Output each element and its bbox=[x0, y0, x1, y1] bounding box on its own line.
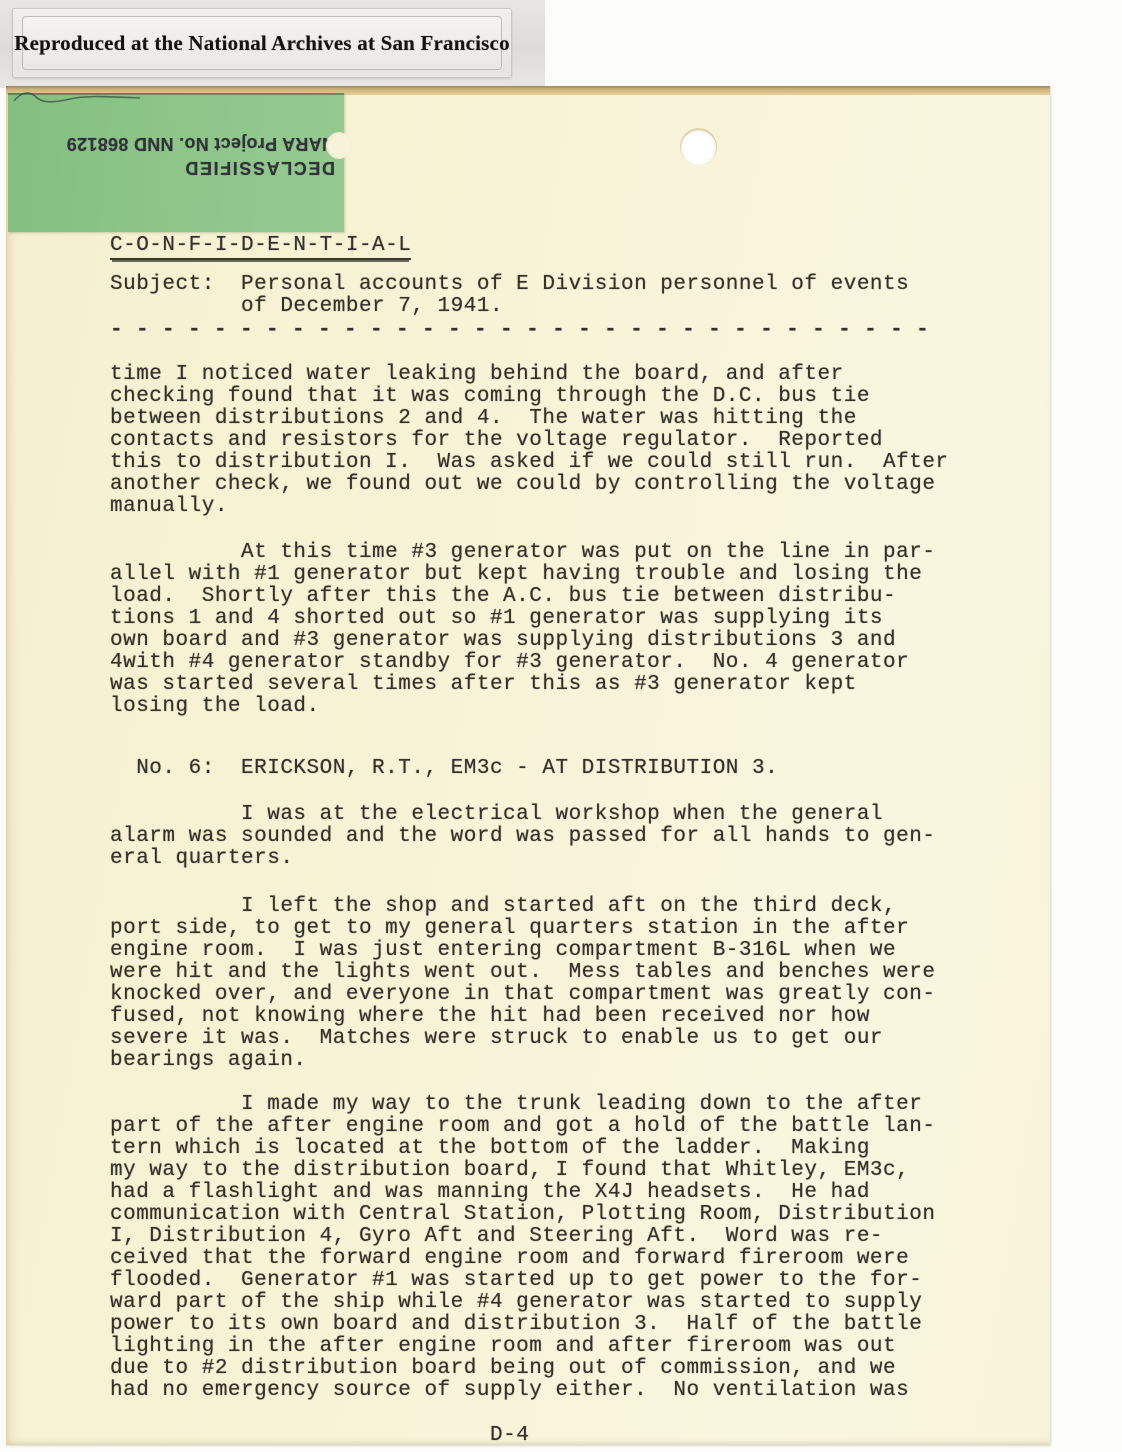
document-paper: DECLASSIFIED NARA Project No. NND 868129… bbox=[6, 86, 1050, 1445]
subject-line: Subject: Personal accounts of E Division… bbox=[110, 274, 909, 318]
paragraph-water-leak: time I noticed water leaking behind the … bbox=[110, 364, 949, 518]
declassified-stamp: DECLASSIFIED NARA Project No. NND 868129 bbox=[8, 93, 344, 232]
hole-punch bbox=[681, 130, 716, 165]
pen-squiggle-icon bbox=[12, 89, 142, 105]
reproduction-label-card: Reproduced at the National Archives at S… bbox=[12, 8, 512, 78]
dashed-separator: - - - - - - - - - - - - - - - - - - - - … bbox=[110, 320, 929, 342]
classification-header-row: C-O-N-F-I-D-E-N-T-I-A-L bbox=[110, 235, 411, 260]
scanned-page: Reproduced at the National Archives at S… bbox=[0, 0, 1122, 1452]
paragraph-compartment-b316l: I left the shop and started aft on the t… bbox=[110, 896, 935, 1072]
section-heading-no-6-erickson: No. 6: ERICKSON, R.T., EM3c - AT DISTRIB… bbox=[110, 758, 778, 780]
hole-punch-notch bbox=[326, 132, 352, 159]
stamp-text-block: DECLASSIFIED NARA Project No. NND 868129 bbox=[65, 132, 335, 180]
paragraph-general-alarm: I was at the electrical workshop when th… bbox=[110, 804, 935, 870]
paragraph-battle-lantern: I made my way to the trunk leading down … bbox=[110, 1094, 935, 1402]
reproduction-label-panel: Reproduced at the National Archives at S… bbox=[22, 16, 502, 70]
reproduction-label-text: Reproduced at the National Archives at S… bbox=[14, 31, 510, 56]
classification-header: C-O-N-F-I-D-E-N-T-I-A-L bbox=[110, 235, 411, 260]
paragraph-generator-3: At this time #3 generator was put on the… bbox=[110, 542, 935, 718]
page-number: D-4 bbox=[490, 1425, 529, 1447]
stamp-project-number-text: NARA Project No. NND 868129 bbox=[65, 132, 335, 156]
stamp-declassified-text: DECLASSIFIED bbox=[65, 156, 335, 180]
